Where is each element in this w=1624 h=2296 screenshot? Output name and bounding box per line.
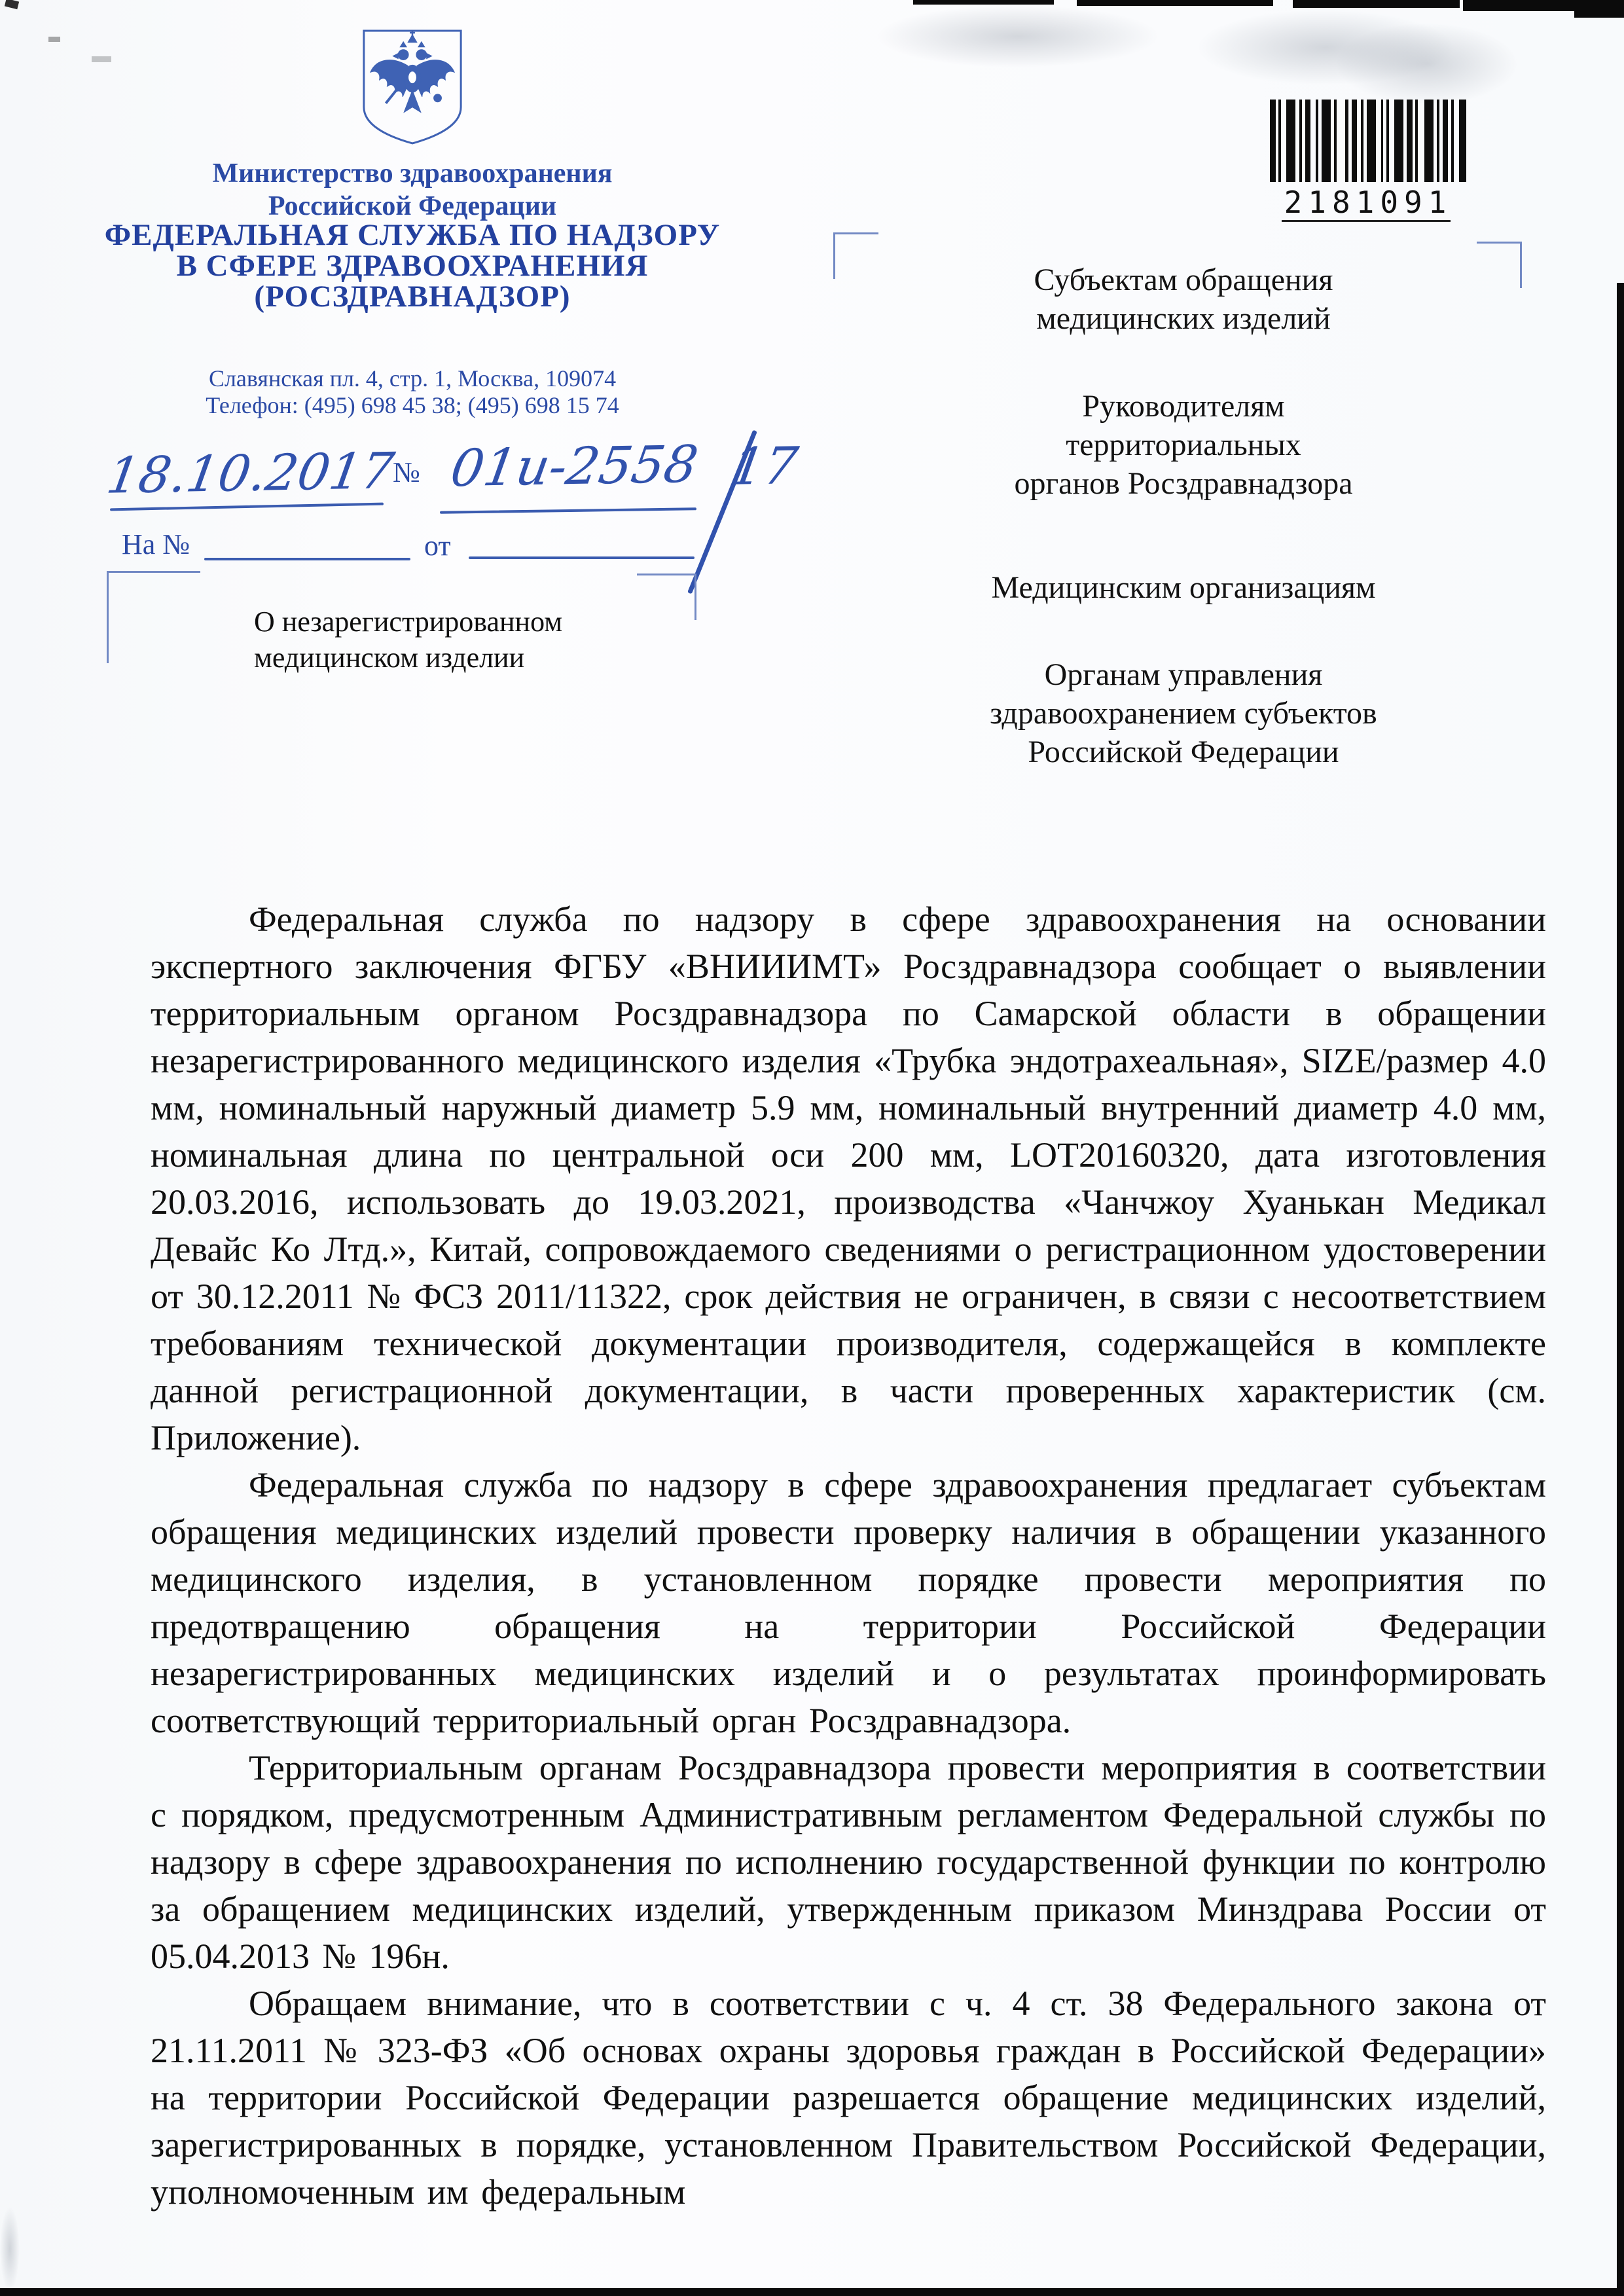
barcode-bar: [1305, 100, 1311, 182]
scan-speck: [92, 56, 111, 62]
barcode-bar: [1459, 100, 1467, 182]
na-no-line: [204, 558, 410, 560]
address-line: Славянская пл. 4, стр. 1, Москва, 109074: [98, 365, 727, 392]
coat-of-arms-icon: [357, 25, 467, 149]
ministry-name: Министерство здравоохранения Российской …: [98, 157, 727, 223]
recipient-line: Органам управления: [830, 655, 1537, 694]
recipient-group: Руководителямтерриториальныхорганов Росз…: [830, 387, 1537, 503]
body-paragraph: Территориальным органам Росздравнадзора …: [151, 1744, 1546, 1980]
recipient-line: Российской Федерации: [830, 733, 1537, 771]
body-paragraph: Обращаем внимание, что в соответствии с …: [151, 1980, 1546, 2215]
corner-bracket-subject-left: [107, 571, 200, 663]
barcode-bar: [1367, 100, 1376, 182]
recipient-group: Субъектам обращениямедицинских изделий: [830, 261, 1537, 338]
barcode-gap: [1418, 100, 1424, 182]
ministry-line1: Министерство здравоохранения: [98, 157, 727, 190]
barcode-bar: [1424, 100, 1434, 182]
barcode-gap: [1454, 100, 1459, 182]
recipient-line: органов Росздравнадзора: [830, 464, 1537, 503]
scan-smudge: [0, 2206, 20, 2291]
barcode-gap: [1281, 100, 1286, 182]
barcode-bar: [1394, 100, 1403, 182]
na-no-label: На №: [122, 528, 190, 561]
recipient-group: Медицинским организациям: [830, 568, 1537, 607]
ot-line: [469, 556, 695, 559]
scan-artifact: [1574, 0, 1624, 18]
barcode-gap: [1310, 100, 1316, 182]
ref-number-handwritten: 01и-2558: [446, 435, 702, 499]
service-line1: ФЕДЕРАЛЬНАЯ СЛУЖБА ПО НАДЗОРУ: [92, 220, 733, 251]
service-name: ФЕДЕРАЛЬНАЯ СЛУЖБА ПО НАДЗОРУ В СФЕРЕ ЗД…: [92, 220, 733, 312]
service-line2: В СФЕРЕ ЗДРАВООХРАНЕНИЯ: [92, 251, 733, 282]
body-paragraph: Федеральная служба по надзору в сфере зд…: [151, 1461, 1546, 1744]
barcode-bars: [1270, 100, 1466, 182]
scan-artifact: [0, 2288, 1624, 2296]
recipient-line: Руководителям: [830, 387, 1537, 426]
phone-line: Телефон: (495) 698 45 38; (495) 698 15 7…: [98, 392, 727, 419]
barcode-bar: [1286, 100, 1295, 182]
barcode-underline: [1282, 220, 1451, 222]
scan-smudge: [1335, 23, 1519, 105]
letterhead-contacts: Славянская пл. 4, стр. 1, Москва, 109074…: [98, 365, 727, 419]
barcode-bar: [1443, 100, 1449, 182]
subject-line1: О незарегистрированном: [254, 604, 751, 640]
recipient-group: Органам управленияздравоохранением субъе…: [830, 655, 1537, 771]
recipient-line: здравоохранением субъектов: [830, 694, 1537, 733]
barcode-gap: [1376, 100, 1381, 182]
date-underline: [110, 503, 384, 511]
scan-smudge: [877, 5, 1159, 67]
number-underline: [440, 507, 696, 513]
service-line3: (РОСЗДРАВНАДЗОР): [92, 282, 733, 312]
barcode-gap: [1337, 100, 1345, 182]
subject: О незарегистрированном медицинском издел…: [254, 604, 751, 676]
subject-line2: медицинском изделии: [254, 640, 751, 676]
ref-date-handwritten: 18.10.2017: [103, 441, 398, 505]
scan-speck: [5, 0, 19, 9]
barcode-number: 2181091: [1270, 185, 1466, 220]
scan-artifact: [1293, 0, 1460, 8]
recipient-line: Медицинским организациям: [830, 568, 1537, 607]
scan-speck: [48, 37, 60, 42]
recipient-line: медицинских изделий: [830, 299, 1537, 338]
scan-artifact: [913, 0, 1054, 5]
scanned-letter-page: Министерство здравоохранения Российской …: [0, 0, 1624, 2296]
barcode-bar: [1270, 100, 1276, 182]
ot-label: от: [424, 529, 451, 562]
number-sign: №: [393, 456, 420, 489]
barcode-bar: [1407, 100, 1413, 182]
barcode-bar: [1352, 100, 1358, 182]
barcode-bar: [1322, 100, 1331, 182]
barcode: 2181091: [1270, 100, 1466, 215]
scan-artifact: [1617, 283, 1624, 2296]
ref-number-year: 17: [727, 437, 802, 497]
letter-body: Федеральная служба по надзору в сфере зд…: [151, 896, 1546, 2215]
barcode-gap: [1389, 100, 1394, 182]
recipient-line: территориальных: [830, 426, 1537, 464]
recipient-line: Субъектам обращения: [830, 261, 1537, 299]
recipients-block: Субъектам обращениямедицинских изделийРу…: [830, 261, 1537, 771]
body-paragraph: Федеральная служба по надзору в сфере зд…: [151, 896, 1546, 1461]
